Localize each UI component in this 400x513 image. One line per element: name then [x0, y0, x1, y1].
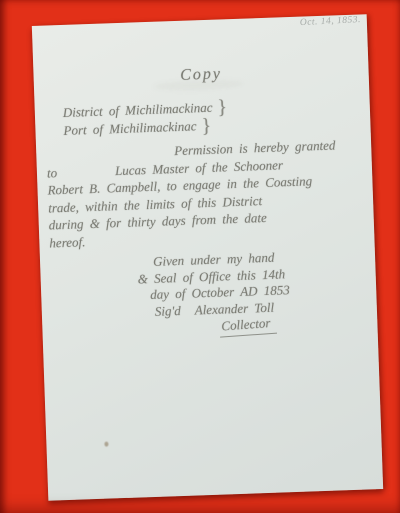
signature-title: Collector: [219, 315, 277, 337]
corner-date-annotation: Oct. 14, 1853.: [300, 15, 362, 28]
closing-block: Given under my hand & Seal of Office thi…: [135, 249, 291, 339]
photo-background: Oct. 14, 1853. Copy District of Michilim…: [0, 0, 400, 513]
closing-brace: }: [201, 115, 211, 137]
permission-body: Permission is hereby granted toLucas Mas…: [46, 136, 361, 252]
document-paper: Oct. 14, 1853. Copy District of Michilim…: [32, 14, 383, 500]
paper-stain: [104, 442, 108, 447]
signed-prefix: Sig'd: [155, 302, 181, 318]
closing-brace: }: [217, 96, 227, 118]
address-block: District of Michilimackinac} Port of Mic…: [63, 98, 228, 140]
address-line-port-text: Port of Michilimackinac: [63, 118, 197, 138]
body-line-2-prefix: to: [47, 165, 58, 180]
signature: Alexander Toll: [194, 299, 274, 317]
